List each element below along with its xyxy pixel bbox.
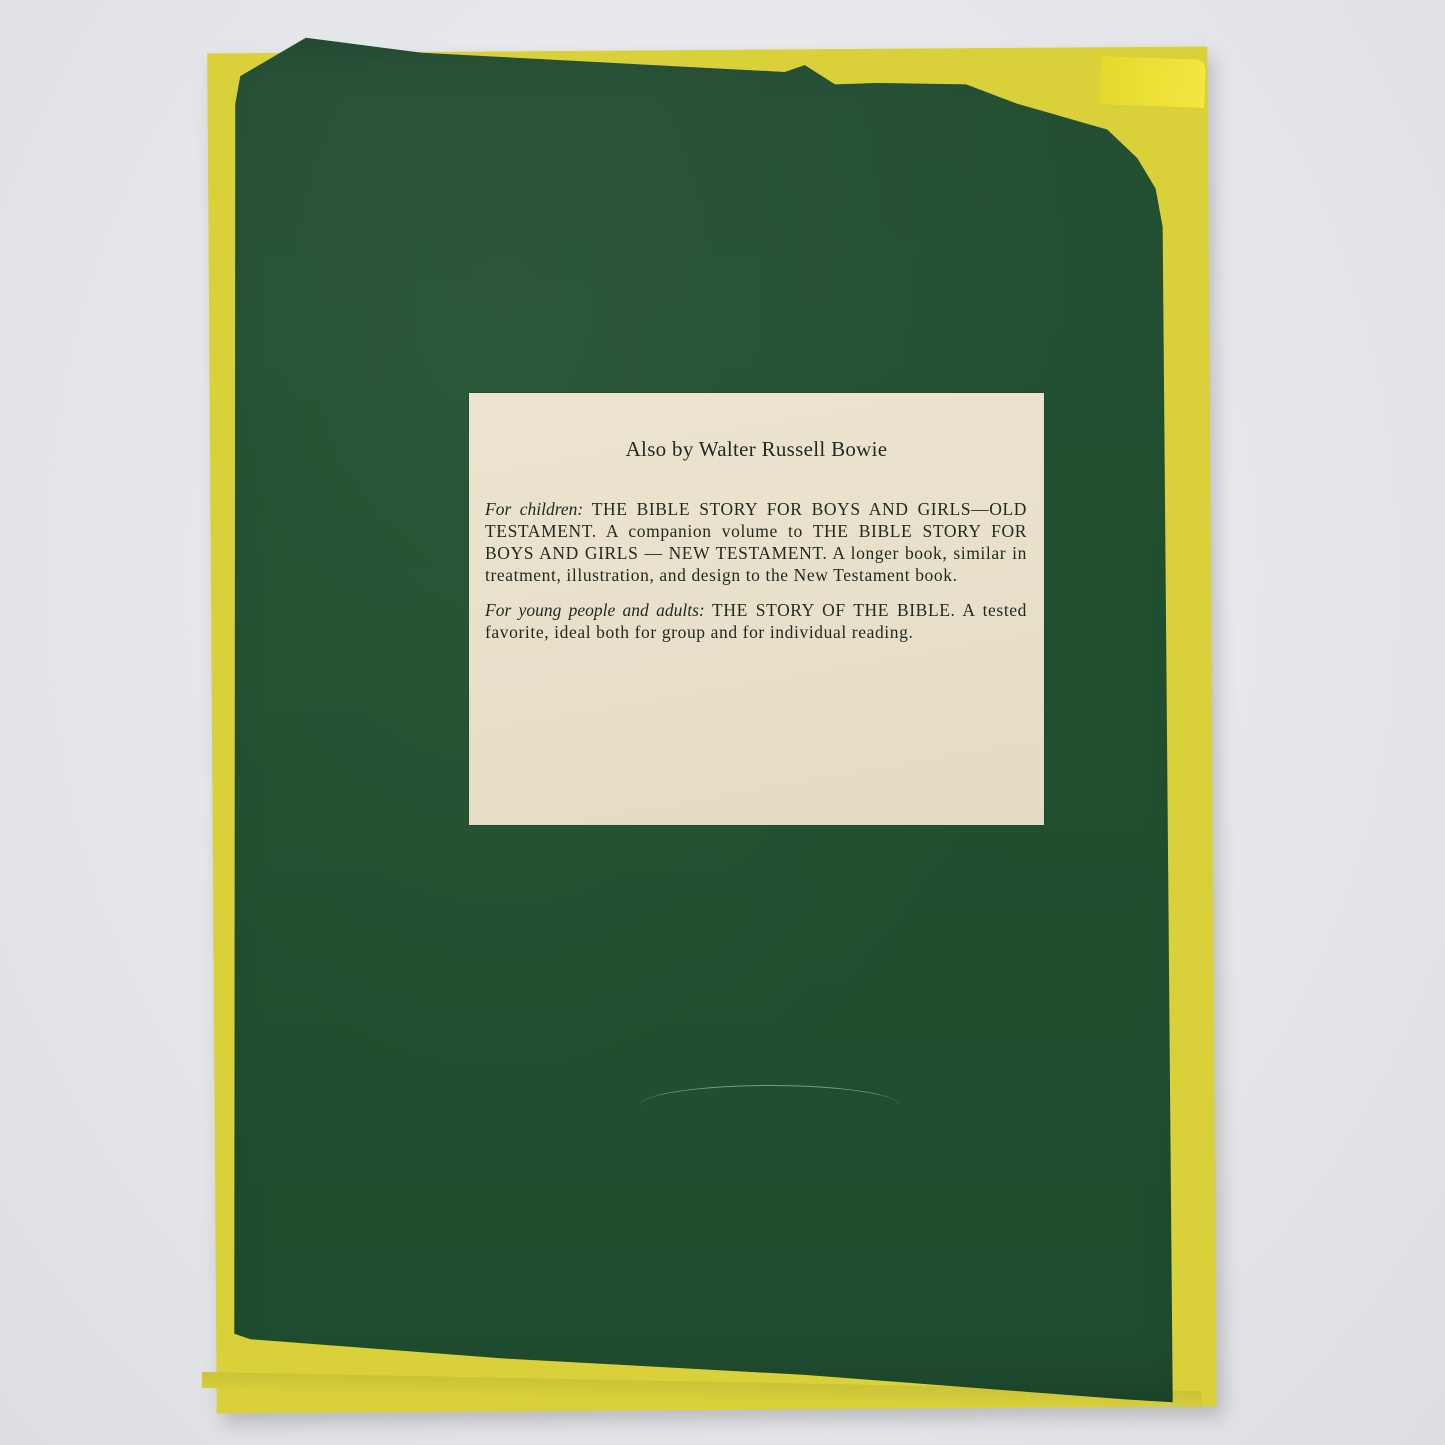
label-title: Also by Walter Russell Bowie	[469, 437, 1044, 462]
paragraph-lead: For young people and adults:	[485, 600, 705, 620]
paragraph-lead: For children:	[485, 499, 583, 519]
exposed-board-corner	[1099, 56, 1206, 108]
jacket-scratch	[640, 1085, 900, 1126]
author-booklist-label: Also by Walter Russell Bowie For childre…	[469, 393, 1044, 825]
label-body: For children: THE BIBLE STORY FOR BOYS A…	[485, 498, 1027, 656]
paragraph-children: For children: THE BIBLE STORY FOR BOYS A…	[485, 498, 1027, 586]
paragraph-adults: For young people and adults: THE STORY O…	[485, 599, 1027, 643]
